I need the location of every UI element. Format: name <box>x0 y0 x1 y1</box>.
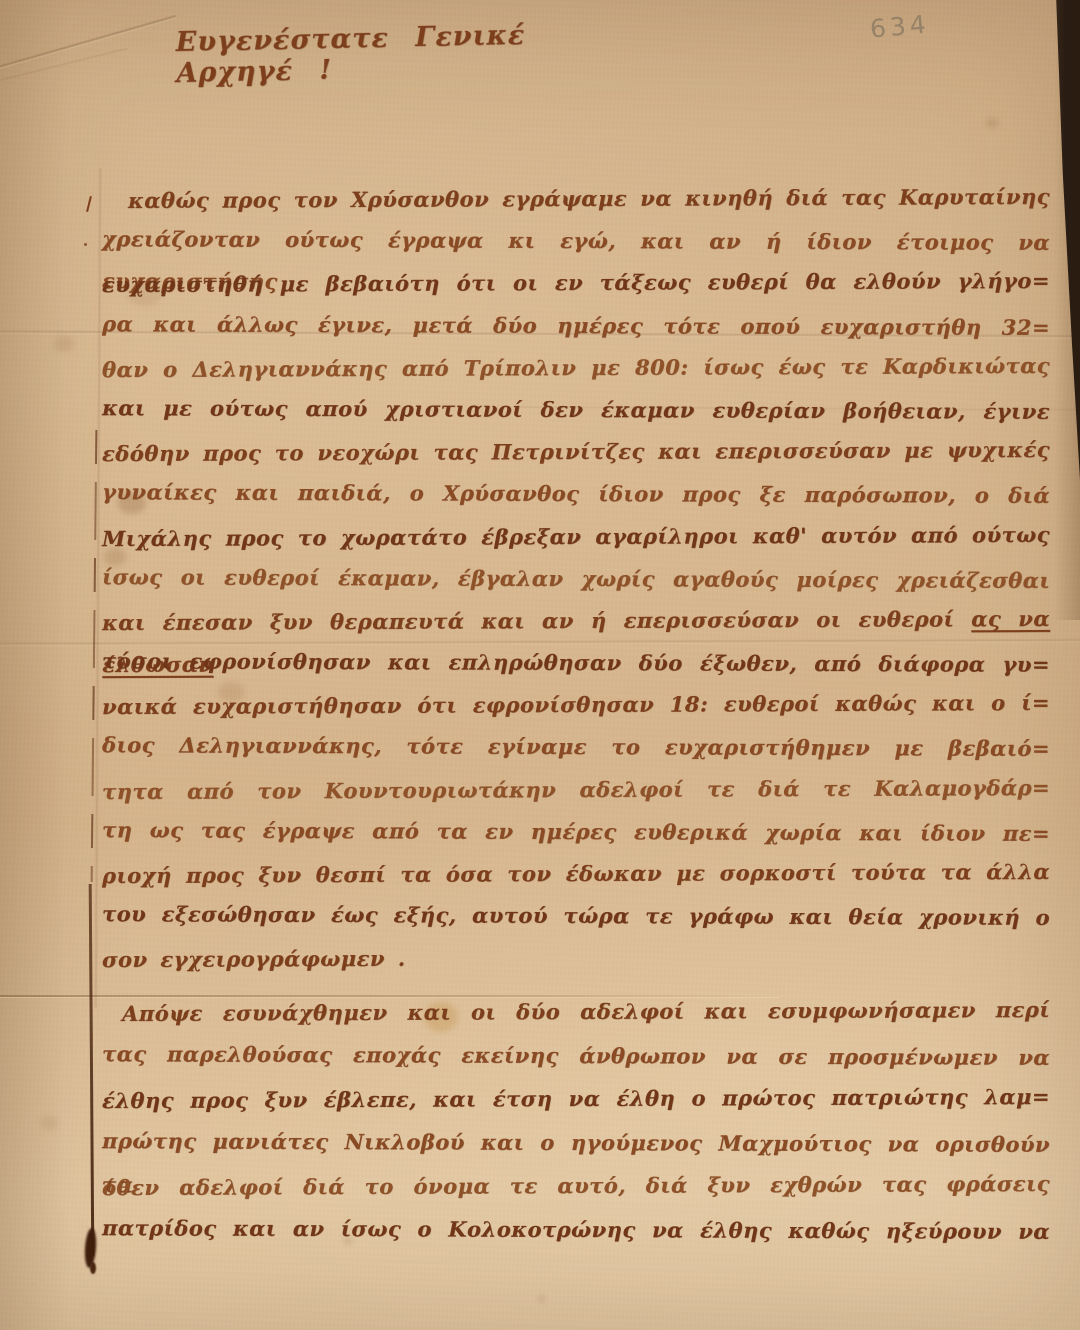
text-line: καθώς προς τον Χρύσανθον εγράψαμε να κιν… <box>102 176 1050 222</box>
text-line: όθεν αδελφοί διά το όνομα τε αυτό, διά ξ… <box>102 1162 1050 1210</box>
text-line: ριοχή προς ξυν θεσπί τα όσα τον έδωκαν μ… <box>102 851 1050 897</box>
paper-edge-shadow <box>1054 0 1080 620</box>
archive-number-pencil: 634 <box>869 9 931 43</box>
text-line: πρώτης μανιάτες Νικλοβού και ο ηγούμενος… <box>102 1119 1050 1166</box>
text-line: γυναίκες και παιδιά, ο Χρύσανθος ίδιον π… <box>102 471 1050 517</box>
text-line: τας παρελθούσας εποχάς εκείνης άνθρωπον … <box>102 1032 1050 1079</box>
salutation-heading: Ευγενέστατε Γενικέ Αρχηγέ ! <box>175 17 656 89</box>
text-line: τητα από τον Κουντουριωτάκην αδελφοί τε … <box>102 767 1050 813</box>
text-line: πατρίδος και αν ίσως ο Κολοκοτρώνης να έ… <box>102 1206 1050 1253</box>
text-line: εδόθην προς το νεοχώρι τας Πετρινίτζες κ… <box>102 429 1050 475</box>
text-line: θαν ο Δεληγιαννάκης από Τρίπολιν με 800:… <box>102 345 1050 391</box>
text-line: ευχαριστηθή με βεβαιότη ότι οι εν τάξεως… <box>102 260 1050 306</box>
body-paragraph-1: καθώς προς τον Χρύσανθον εγράψαμε να κιν… <box>102 178 1050 980</box>
text-line: τόσοι εφρονίσθησαν και επληρώθησαν δύο έ… <box>102 640 1050 686</box>
text-line: του εξεσώθησαν έως εξής, αυτού τώρα τε γ… <box>102 893 1050 939</box>
text-line: Απόψε εσυνάχθημεν και οι δύο αδελφοί και… <box>102 988 1050 1036</box>
text-line: ναικά ευχαριστήθησαν ότι εφρονίσθησαν 18… <box>102 682 1050 728</box>
text-line: χρειάζονταν ούτως έγραψα κι εγώ, και αν … <box>102 218 1050 264</box>
text-line: έλθης προς ξυν έβλεπε, και έτση να έλθη … <box>102 1075 1050 1123</box>
text-line: διος Δεληγιαννάκης, τότε εγίναμε το ευχα… <box>102 725 1050 771</box>
manuscript-photo: Ευγενέστατε Γενικέ Αρχηγέ ! 634 καθώς πρ… <box>0 0 1080 1330</box>
text-line: και έπεσαν ξυν θεραπευτά και αν ή επερισ… <box>102 598 1050 644</box>
text-line: Μιχάλης προς το χωρατάτο έβρεξαν αγαρίλη… <box>102 513 1050 559</box>
text-line: ίσως οι ευθεροί έκαμαν, έβγαλαν χωρίς αγ… <box>102 556 1050 602</box>
text-line: σον εγχειρογράφωμεν . <box>102 935 1050 981</box>
text-line: τη ως τας έγραψε από τα εν ημέρες ευθερι… <box>102 809 1050 855</box>
ink-blot-2 <box>90 1262 96 1274</box>
stray-ink-dot <box>84 243 87 246</box>
body-paragraph-2: Απόψε εσυνάχθημεν και οι δύο αδελφοί και… <box>102 990 1050 1252</box>
text-line: και με ούτως απού χριστιανοί δεν έκαμαν … <box>102 387 1050 433</box>
text-line: ρα και άλλως έγινε, μετά δύο ημέρες τότε… <box>102 303 1050 349</box>
